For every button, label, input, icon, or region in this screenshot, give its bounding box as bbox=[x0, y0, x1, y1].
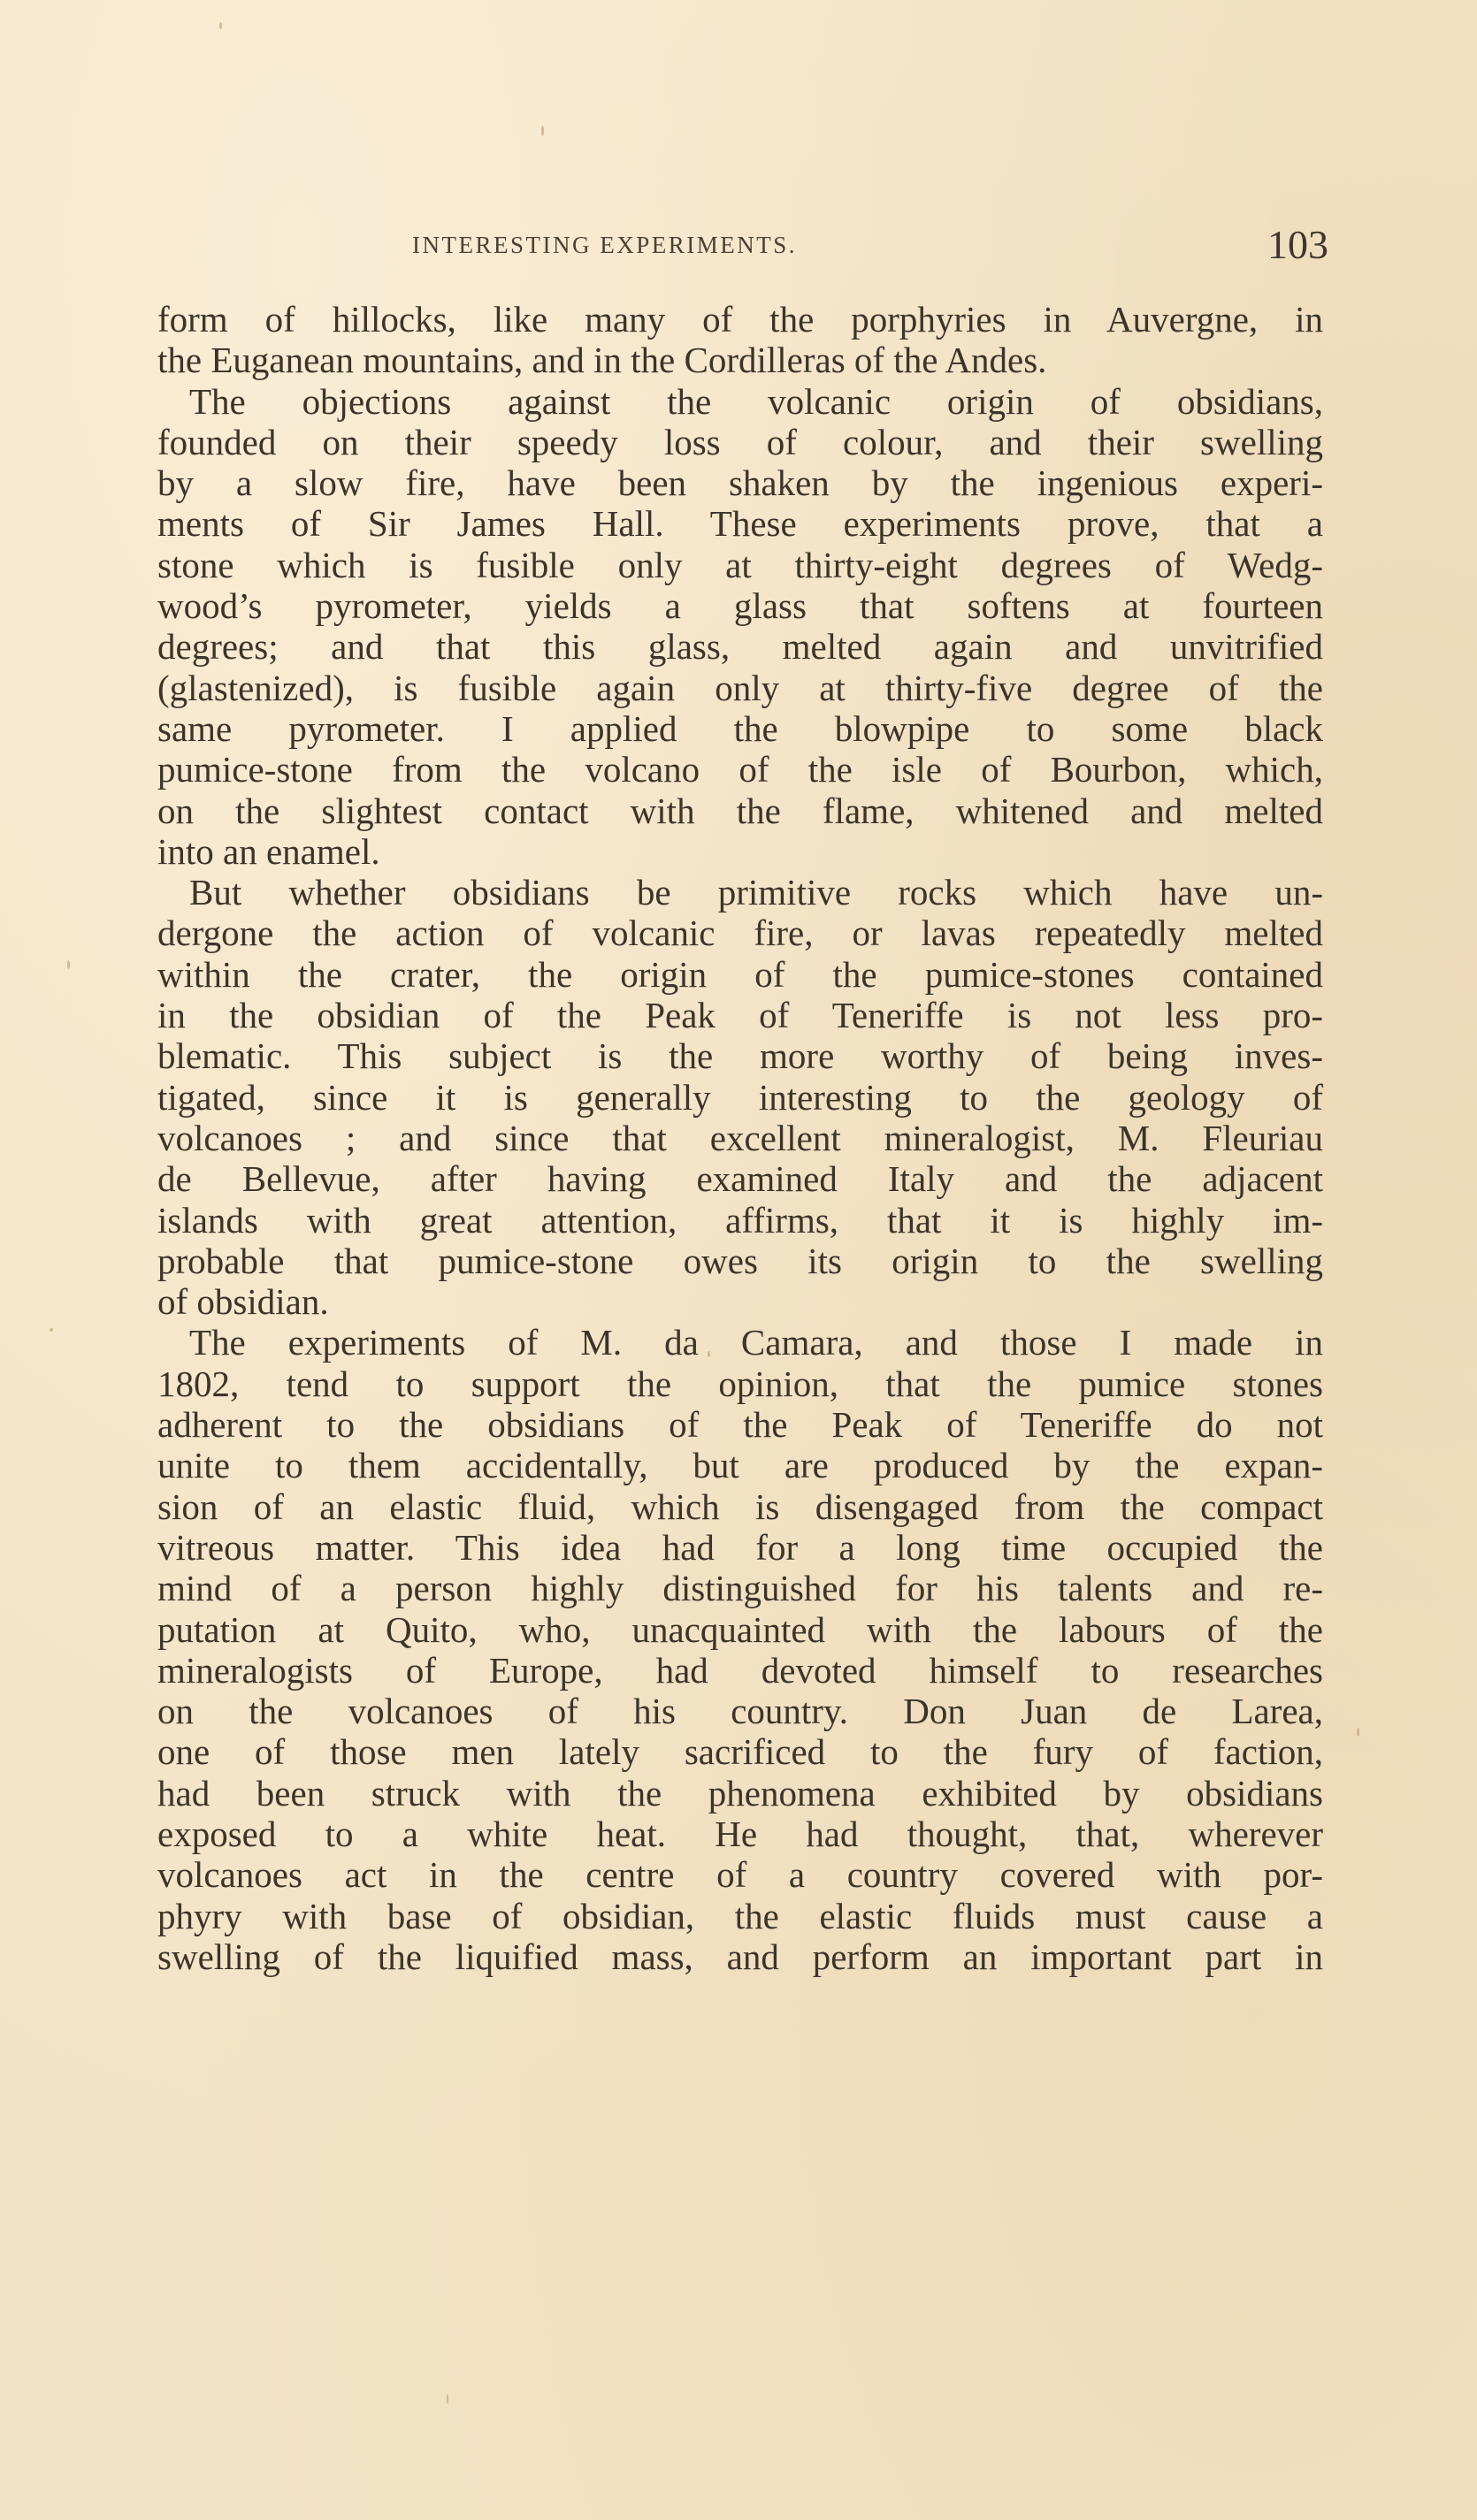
text-line: on the slightest contact with the flame,… bbox=[157, 790, 1323, 831]
paper-speck bbox=[67, 960, 70, 969]
text-line: the Euganean mountains, and in the Cordi… bbox=[157, 340, 1323, 380]
paper-speck bbox=[708, 1351, 710, 1357]
text-line: within the crater, the origin of the pum… bbox=[157, 954, 1323, 995]
paper-speck bbox=[447, 2394, 448, 2404]
running-title: INTERESTING EXPERIMENTS. bbox=[412, 232, 797, 259]
text-line: unite to them accidentally, but are prod… bbox=[157, 1445, 1323, 1485]
text-line: in the obsidian of the Peak of Teneriffe… bbox=[157, 995, 1323, 1035]
text-line: probable that pumice-stone owes its orig… bbox=[157, 1241, 1323, 1281]
running-head: INTERESTING EXPERIMENTS. 103 bbox=[412, 226, 1328, 262]
text-line: adherent to the obsidians of the Peak of… bbox=[157, 1404, 1323, 1445]
text-line: putation at Quito, who, unacquainted wit… bbox=[157, 1609, 1323, 1650]
text-line: sion of an elastic fluid, which is disen… bbox=[157, 1486, 1323, 1527]
text-line: same pyrometer. I applied the blowpipe t… bbox=[157, 708, 1323, 749]
text-line: pumice-stone from the volcano of the isl… bbox=[157, 749, 1323, 790]
paper-speck bbox=[50, 1328, 53, 1332]
text-line: ments of Sir James Hall. These experimen… bbox=[157, 503, 1323, 544]
text-line: wood’s pyrometer, yields a glass that so… bbox=[157, 585, 1323, 626]
text-line: exposed to a white heat. He had thought,… bbox=[157, 1814, 1323, 1854]
text-line: swelling of the liquified mass, and perf… bbox=[157, 1936, 1323, 1977]
book-page: INTERESTING EXPERIMENTS. 103 form of hil… bbox=[0, 0, 1477, 2520]
text-line: on the volcanoes of his country. Don Jua… bbox=[157, 1691, 1323, 1731]
text-line: one of those men lately sacrificed to th… bbox=[157, 1731, 1323, 1772]
text-line: stone which is fusible only at thirty-ei… bbox=[157, 545, 1323, 585]
paragraph-start-line: But whether obsidians be primitive rocks… bbox=[157, 872, 1323, 913]
text-line: volcanoes act in the centre of a country… bbox=[157, 1854, 1323, 1895]
text-line: islands with great attention, affirms, t… bbox=[157, 1200, 1323, 1241]
text-line: (glastenized), is fusible again only at … bbox=[157, 668, 1323, 708]
text-line: 1802, tend to support the opinion, that … bbox=[157, 1363, 1323, 1404]
paper-speck bbox=[219, 22, 222, 29]
paragraph-start-line: The experiments of M. da Camara, and tho… bbox=[157, 1322, 1323, 1363]
text-line: de Bellevue, after having examined Italy… bbox=[157, 1158, 1323, 1199]
body-text: form of hillocks, like many of the porph… bbox=[157, 299, 1323, 1977]
paper-speck bbox=[541, 126, 544, 136]
text-line: mineralogists of Europe, had devoted him… bbox=[157, 1650, 1323, 1691]
text-line: mind of a person highly distinguished fo… bbox=[157, 1568, 1323, 1608]
text-line: into an enamel. bbox=[157, 831, 1323, 872]
text-line: blematic. This subject is the more worth… bbox=[157, 1035, 1323, 1076]
text-line: phyry with base of obsidian, the elastic… bbox=[157, 1896, 1323, 1936]
text-line: of obsidian. bbox=[157, 1281, 1323, 1322]
paper-speck bbox=[1357, 1728, 1359, 1737]
text-line: dergone the action of volcanic fire, or … bbox=[157, 913, 1323, 953]
page-number: 103 bbox=[1267, 221, 1328, 268]
text-line: vitreous matter. This idea had for a lon… bbox=[157, 1527, 1323, 1568]
text-line: had been struck with the phenomena exhib… bbox=[157, 1773, 1323, 1814]
text-line: by a slow fire, have been shaken by the … bbox=[157, 462, 1323, 503]
text-line: degrees; and that this glass, melted aga… bbox=[157, 626, 1323, 667]
text-line: founded on their speedy loss of colour, … bbox=[157, 422, 1323, 462]
text-line: form of hillocks, like many of the porph… bbox=[157, 299, 1323, 340]
text-line: volcanoes ; and since that excellent min… bbox=[157, 1118, 1323, 1158]
paragraph-start-line: The objections against the volcanic orig… bbox=[157, 381, 1323, 422]
text-line: tigated, since it is generally interesti… bbox=[157, 1077, 1323, 1118]
